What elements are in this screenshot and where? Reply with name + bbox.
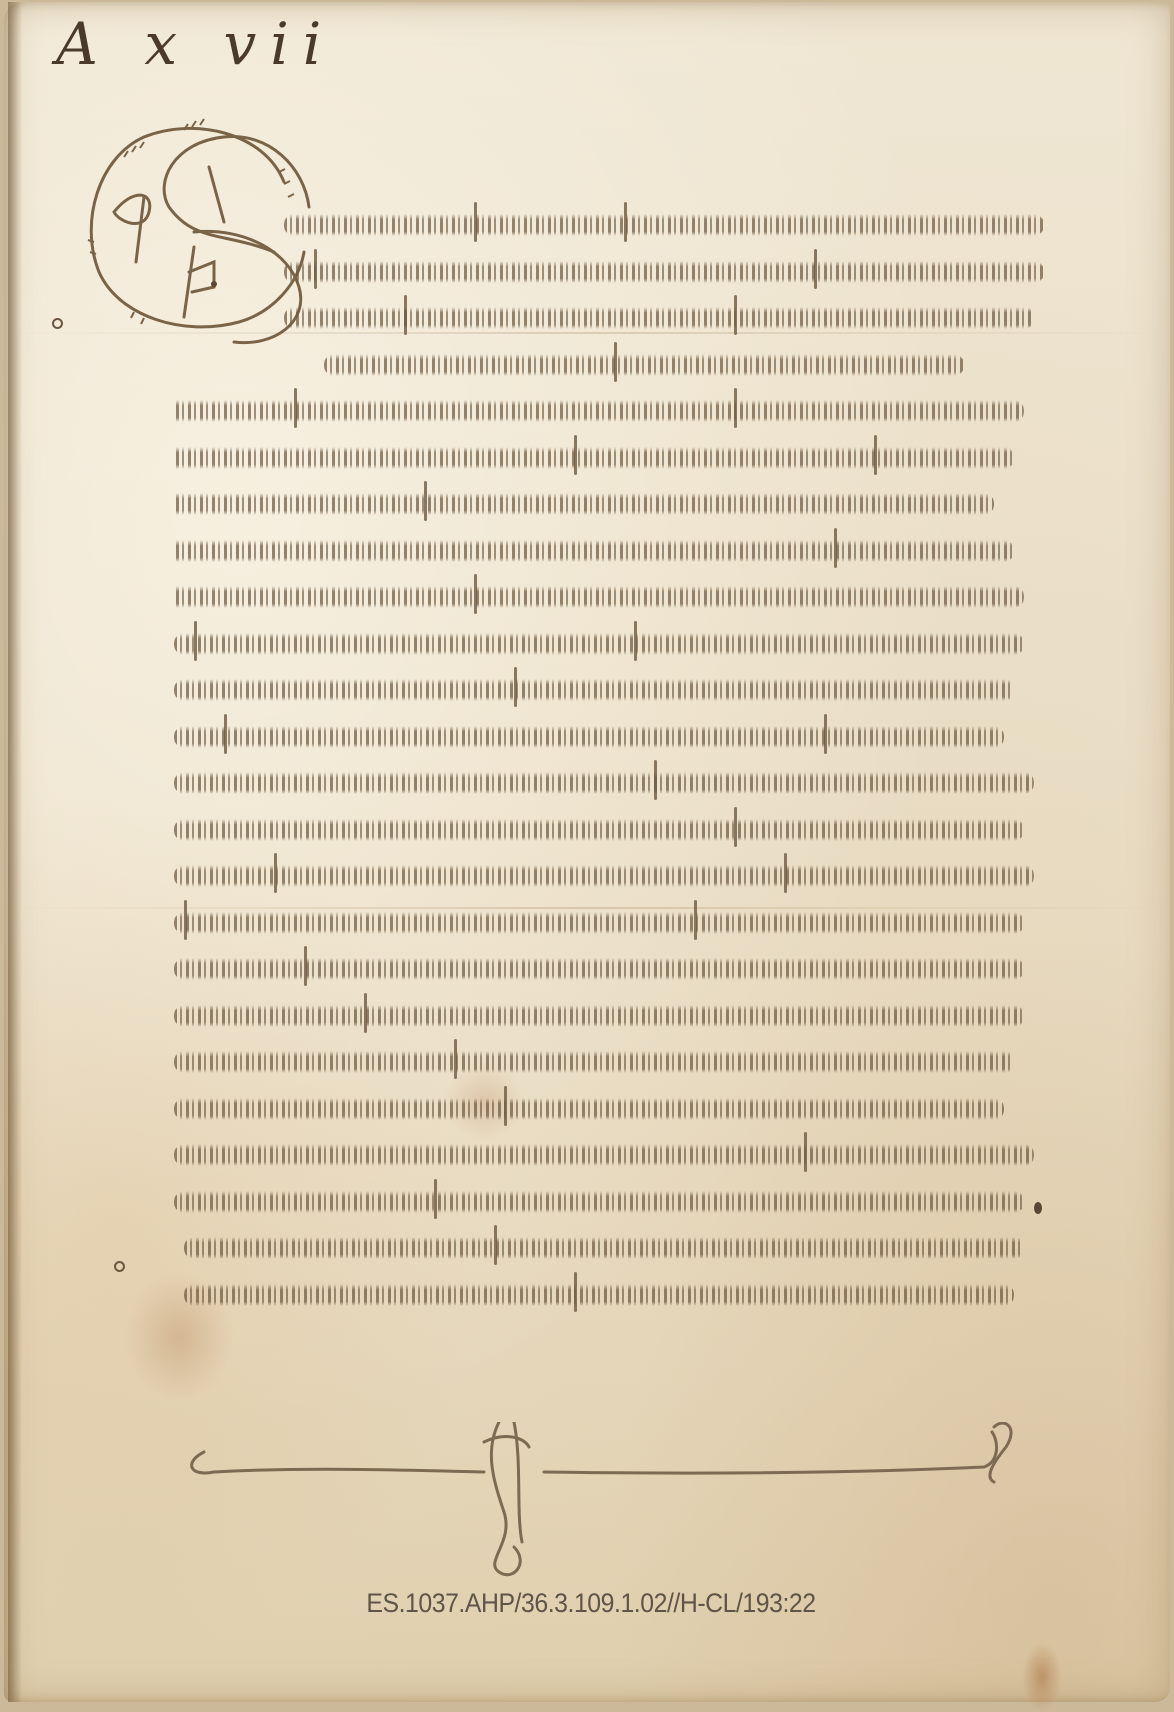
- manuscript-line: muger ... la qual dicha pieça para que: [174, 1086, 1054, 1133]
- manuscript-line: plaçuela las quales dichas casas estan p…: [174, 900, 1054, 947]
- stain: [1022, 1642, 1062, 1705]
- manuscript-line: las ... su padre ... a vista de la: [174, 1225, 1054, 1272]
- binding-edge: [8, 2, 22, 1702]
- notarial-signum-icon: [184, 1422, 1044, 1582]
- manuscript-line: bla ... al barrio de ... en la calle de …: [174, 853, 1054, 900]
- margin-mark: [114, 1261, 125, 1272]
- manuscript-line: manera que podemos e devemos e por la me…: [174, 574, 1054, 621]
- archival-reference-code: ES.1037.AHP/36.3.109.1.02//H-CL/193:22: [51, 1588, 1131, 1619]
- manuscript-line: ... juan ... fue ...: [174, 1179, 1054, 1226]
- manuscript-line: todo el convento de ... otorgamos e co-: [174, 481, 1054, 528]
- manuscript-text-block: Sepan quantos esta carta publica instrum…: [174, 202, 1054, 1318]
- manuscript-line: e a vos mari sanchez su muger que estade…: [174, 714, 1054, 761]
- manuscript-line: bienes este contrato de camio una pieça …: [174, 760, 1054, 807]
- manuscript-line: nocemos que damos en camio e a trueque e…: [174, 528, 1054, 575]
- folio-mark: A x vii: [56, 10, 335, 78]
- margin-mark: [52, 318, 63, 329]
- manuscript-line: mentel ... vezino en la puebla del dicho…: [174, 667, 1054, 714]
- manuscript-page: A x vii Sepan quantos esta carta publ: [4, 2, 1170, 1702]
- manuscript-line: Sepan quantos esta carta publica instrum…: [174, 202, 1054, 249]
- manuscript-line: erio de santa maria de guadalupe estando…: [174, 342, 1054, 389]
- manuscript-line: de balças frayles presbiteros professos …: [174, 295, 1054, 342]
- manuscript-line: mari sanchez vuestra muger ... viñas par…: [174, 993, 1054, 1040]
- manuscript-line: ... de ... a ... del ...: [174, 1272, 1054, 1319]
- manuscript-line: todas las dichas casas tiene como el dic…: [174, 1132, 1054, 1179]
- manuscript-line: ... de ... por las ...: [174, 1039, 1054, 1086]
- manuscript-line: nos fray alfonso de la puebla e fray alf…: [174, 249, 1054, 296]
- manuscript-line: rras las quales el dicho monesterio tien…: [174, 807, 1054, 854]
- manuscript-line: moradas en ellas vos el dicho diego pime…: [174, 946, 1054, 993]
- manuscript-line: mejor puede valer de fecho e de derecho …: [174, 621, 1054, 668]
- manuscript-line: en el dicho monesterio e frayles e conve…: [174, 388, 1054, 435]
- manuscript-line: nifestamos e otorgamos que por cosa que …: [174, 435, 1054, 482]
